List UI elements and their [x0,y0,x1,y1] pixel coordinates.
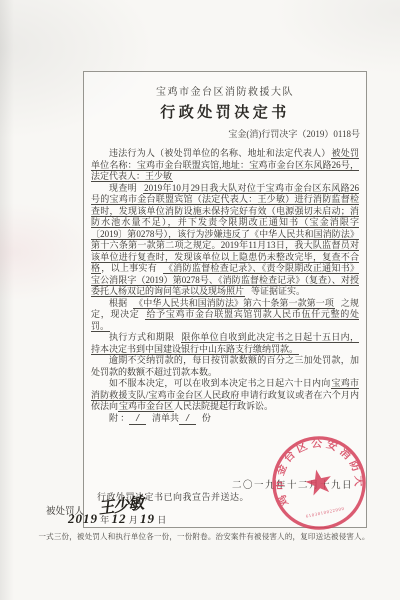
sign-year-label: 年 [100,515,109,525]
copies-footnote: 一式三份，被处罚人和执行单位各一份，一份附卷。治安案件有被侵害人的，复印送达被侵… [34,531,374,542]
agency-name: 宝鸡市金台区消防救援大队 [84,83,366,98]
basis-label: 根据 [109,298,127,308]
doc-title: 行政处罚决定书 [84,101,366,122]
appeal-label: 如不服本决定，可以在收到本决定书之日起六十日内向 [109,378,331,388]
sign-day: 19 [140,511,155,526]
findings-mid: ，以上事实有 [101,263,157,273]
scanned-page: 宝鸡市金台区消防救援大队 行政处罚决定书 宝金(消)行罚决字（2019）0118… [0,0,400,600]
sign-year: 2019 [68,511,98,526]
findings-tail: 等证据证实。 [251,286,305,296]
body-text: 违法行为人（被处罚单位的名称、地址和法定代表人）被处罚单位名称：宝鸡市金台联盟宾… [84,148,366,424]
attachment-slash-1: / [129,413,146,425]
sign-month: 12 [112,511,127,526]
paragraph-appeal: 如不服本决定，可以在收到本决定书之日起六十日内向宝鸡市消防救援支队/宝鸡市金台区… [91,378,359,413]
findings-fill: 2019年10月29日我大队对位于宝鸡市金台区东风路26号的宝鸡市金台联盟宾馆（… [91,183,359,275]
paragraph-legal-basis: 根据《中华人民共和国消防法》第六十条第一款第一项之规定，现决定给予宝鸡市金台联盟… [91,298,359,333]
attachment-slash-2: / [179,413,196,425]
appeal-fill-court: 宝鸡市金台区 [118,401,174,412]
paragraph-execution: 执行方式和期限限你单位自收到此决定书之日起十五日内，持本决定书到中国建设银行中山… [91,332,359,355]
sign-month-label: 月 [129,515,138,525]
paragraph-overdue: 逾期不交纳罚款的，每日按罚款数额的百分之三加处罚款，加处罚款的数额不超过罚款本数… [91,355,359,378]
appeal-tail: 人民法院提起行政诉讼。 [174,401,273,411]
violator-label: 违法行为人（被处罚单位的名称、地址和法定代表人） [109,148,331,158]
attachment-label: 附 ： [109,413,129,423]
handwritten-sign-date: 2019 年 12 月 19 日 [68,511,166,527]
doc-number: 宝金(消)行罚决字（2019）0118号 [84,127,366,140]
official-seal: 宝鸡市金台区公安消防大队 6103010022000 [261,425,377,541]
attachment-mid: 清单共 [152,413,179,423]
execution-label: 执行方式和期限 [109,332,175,342]
paragraph-attachment: 附 ：/清单共/份 [91,413,359,425]
paragraph-violator: 违法行为人（被处罚单位的名称、地址和法定代表人）被处罚单位名称：宝鸡市金台联盟宾… [91,148,359,183]
sign-day-label: 日 [157,515,166,525]
findings-label: 现查明 [109,183,137,193]
attachment-tail: 份 [202,413,211,423]
form-frame: 宝鸡市金台区消防救援大队 行政处罚决定书 宝金(消)行罚决字（2019）0118… [83,71,367,528]
paragraph-findings: 现查明2019年10月29日我大队对位于宝鸡市金台区东风路26号的宝鸡市金台联盟… [91,183,359,298]
star-icon [303,467,334,497]
basis-fill: 《中华人民共和国消防法》第六十条第一款第一项 [133,298,335,309]
seal-code: 6103010022000 [305,506,345,519]
